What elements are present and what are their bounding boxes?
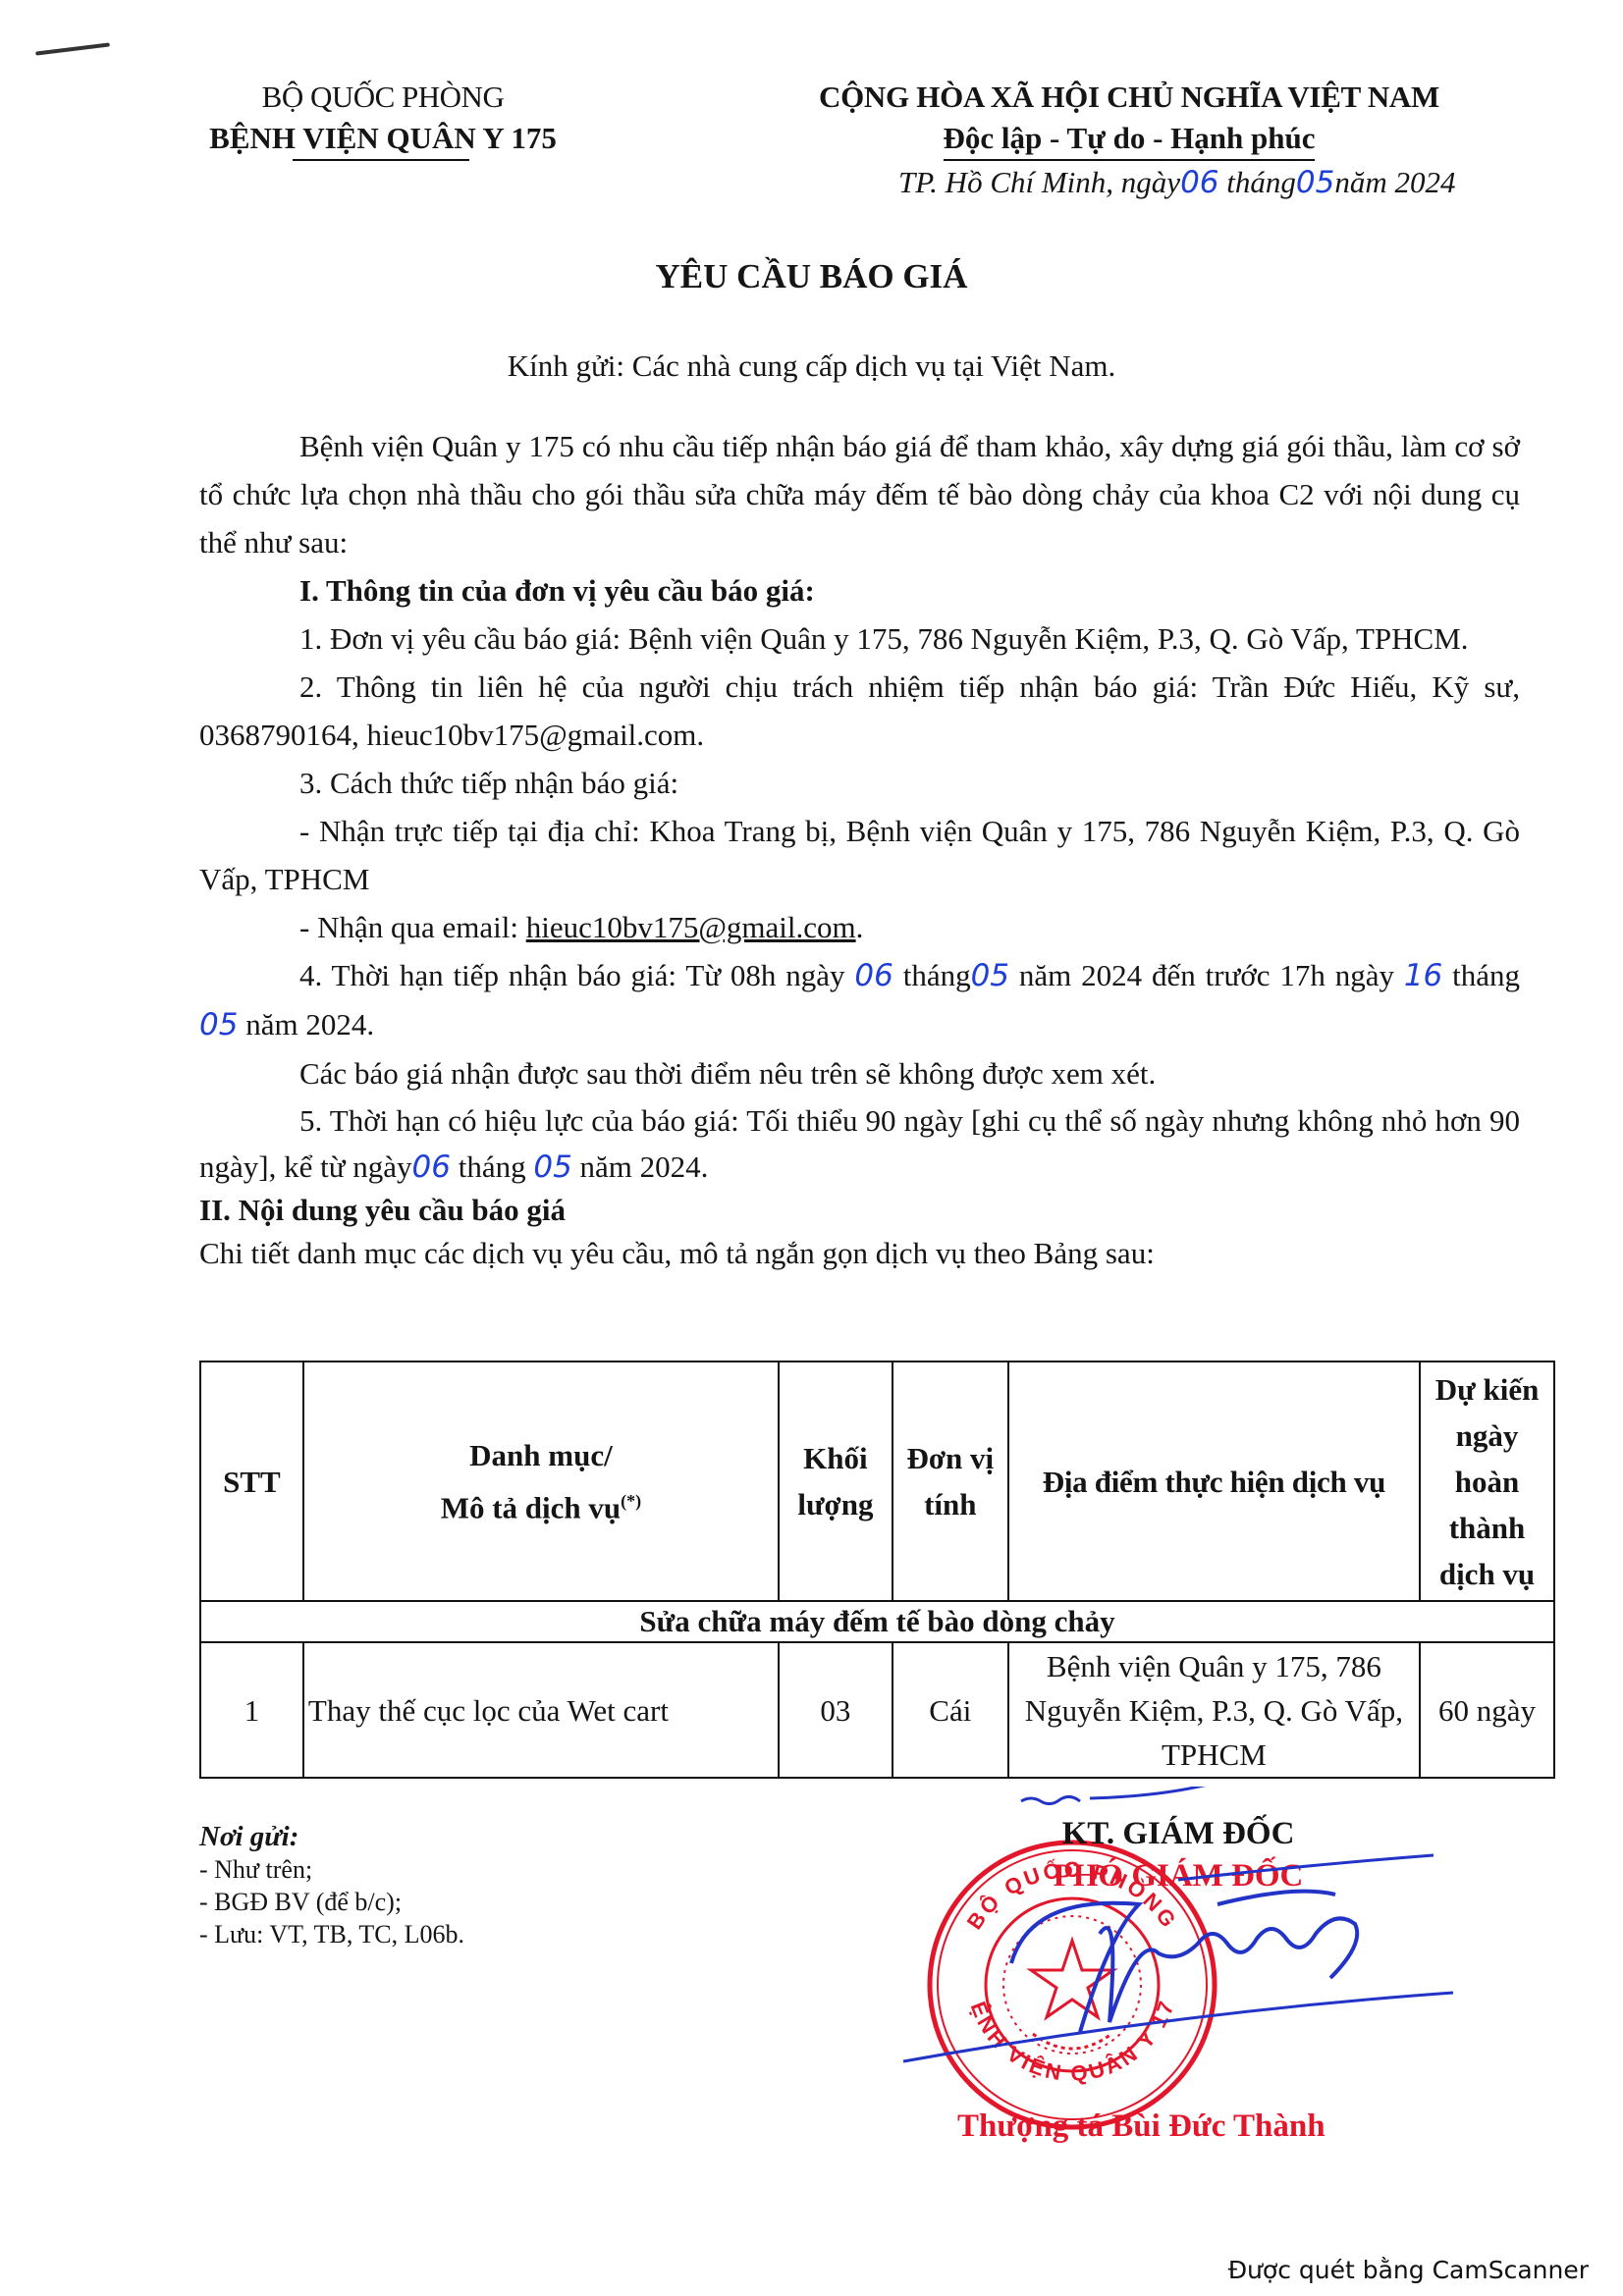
header-category: Danh mục/ Mô tả dịch vụ(*) xyxy=(303,1362,779,1601)
table-row: 1 Thay thế cục lọc của Wet cart 03 Cái B… xyxy=(200,1642,1554,1778)
email-link[interactable]: hieuc10bv175@gmail.com xyxy=(526,910,856,944)
header-unit: Đơn vị tính xyxy=(893,1362,1008,1601)
national-motto: Độc lập - Tự do - Hạnh phúc xyxy=(944,118,1316,161)
section1-note: Các báo giá nhận được sau thời điểm nêu … xyxy=(199,1049,1520,1097)
scanner-watermark: Được quét bằng CamScanner xyxy=(1228,2256,1589,2284)
issuer-header: BỘ QUỐC PHÒNG BỆNH VIỆN QUÂN Y 175 xyxy=(167,77,599,159)
section1-item1: 1. Đơn vị yêu cầu báo giá: Bệnh viện Quâ… xyxy=(199,614,1520,663)
document-body: Bệnh viện Quân y 175 có nhu cầu tiếp nhậ… xyxy=(199,422,1520,1277)
intro-paragraph: Bệnh viện Quân y 175 có nhu cầu tiếp nhậ… xyxy=(199,422,1520,566)
section2-subtext: Chi tiết danh mục các dịch vụ yêu cầu, m… xyxy=(199,1230,1520,1277)
section1-item2: 2. Thông tin liên hệ của người chịu trác… xyxy=(199,663,1520,759)
handwritten-month: 05 xyxy=(199,1007,238,1042)
national-header: CỘNG HÒA XÃ HỘI CHỦ NGHĨA VIỆT NAM Độc l… xyxy=(776,77,1483,161)
handwritten-day: 06 xyxy=(412,1149,451,1185)
scan-artifact-mark xyxy=(35,42,110,55)
header-quantity: Khối lượng xyxy=(779,1362,893,1601)
hospital-underline xyxy=(293,159,469,161)
document-title: YÊU CẦU BÁO GIÁ xyxy=(0,257,1623,296)
section1-item3a: - Nhận trực tiếp tại địa chỉ: Khoa Trang… xyxy=(199,807,1520,903)
section2-heading: II. Nội dung yêu cầu báo giá xyxy=(199,1191,1520,1230)
section1-item5: 5. Thời hạn có hiệu lực của báo giá: Tối… xyxy=(199,1097,1520,1191)
recipients-heading: Nơi gửi: xyxy=(199,1821,464,1853)
handwritten-month: 05 xyxy=(1296,165,1334,200)
section1-item3b: - Nhận qua email: hieuc10bv175@gmail.com… xyxy=(199,903,1520,951)
handwritten-signature-icon xyxy=(884,1787,1492,2140)
quote-table: STT Danh mục/ Mô tả dịch vụ(*) Khối lượn… xyxy=(199,1361,1555,1779)
table-group-row: Sửa chữa máy đếm tế bào dòng chảy xyxy=(200,1601,1554,1642)
ministry-name: BỘ QUỐC PHÒNG xyxy=(167,77,599,118)
hospital-name: BỆNH VIỆN QUÂN Y 175 xyxy=(167,118,599,159)
recipient-item: - Lưu: VT, TB, TC, L06b. xyxy=(199,1918,464,1950)
header-location: Địa điểm thực hiện dịch vụ xyxy=(1008,1362,1420,1601)
handwritten-day: 06 xyxy=(854,958,893,993)
table-header-row: STT Danh mục/ Mô tả dịch vụ(*) Khối lượn… xyxy=(200,1362,1554,1601)
header-stt: STT xyxy=(200,1362,303,1601)
nation-name: CỘNG HÒA XÃ HỘI CHỦ NGHĨA VIỆT NAM xyxy=(776,77,1483,118)
greeting: Kính gửi: Các nhà cung cấp dịch vụ tại V… xyxy=(0,348,1623,384)
handwritten-day: 06 xyxy=(1180,165,1218,200)
section1-heading: I. Thông tin của đơn vị yêu cầu báo giá: xyxy=(199,566,1520,614)
recipient-item: - Như trên; xyxy=(199,1853,464,1886)
handwritten-month: 05 xyxy=(533,1149,571,1185)
header-completion: Dự kiến ngày hoàn thành dịch vụ xyxy=(1420,1362,1554,1601)
document-date: TP. Hồ Chí Minh, ngày06 tháng05năm 2024 xyxy=(898,165,1455,200)
section1-item3: 3. Cách thức tiếp nhận báo giá: xyxy=(199,759,1520,807)
recipients-block: Nơi gửi: - Như trên; - BGĐ BV (để b/c); … xyxy=(199,1821,464,1950)
handwritten-day: 16 xyxy=(1404,958,1442,993)
handwritten-month: 05 xyxy=(971,958,1009,993)
section1-item4: 4. Thời hạn tiếp nhận báo giá: Từ 08h ng… xyxy=(199,951,1520,1049)
recipient-item: - BGĐ BV (để b/c); xyxy=(199,1886,464,1918)
signatory-name: Thượng tá Bùi Đức Thành xyxy=(957,2109,1325,2145)
group-label: Sửa chữa máy đếm tế bào dòng chảy xyxy=(200,1601,1554,1642)
